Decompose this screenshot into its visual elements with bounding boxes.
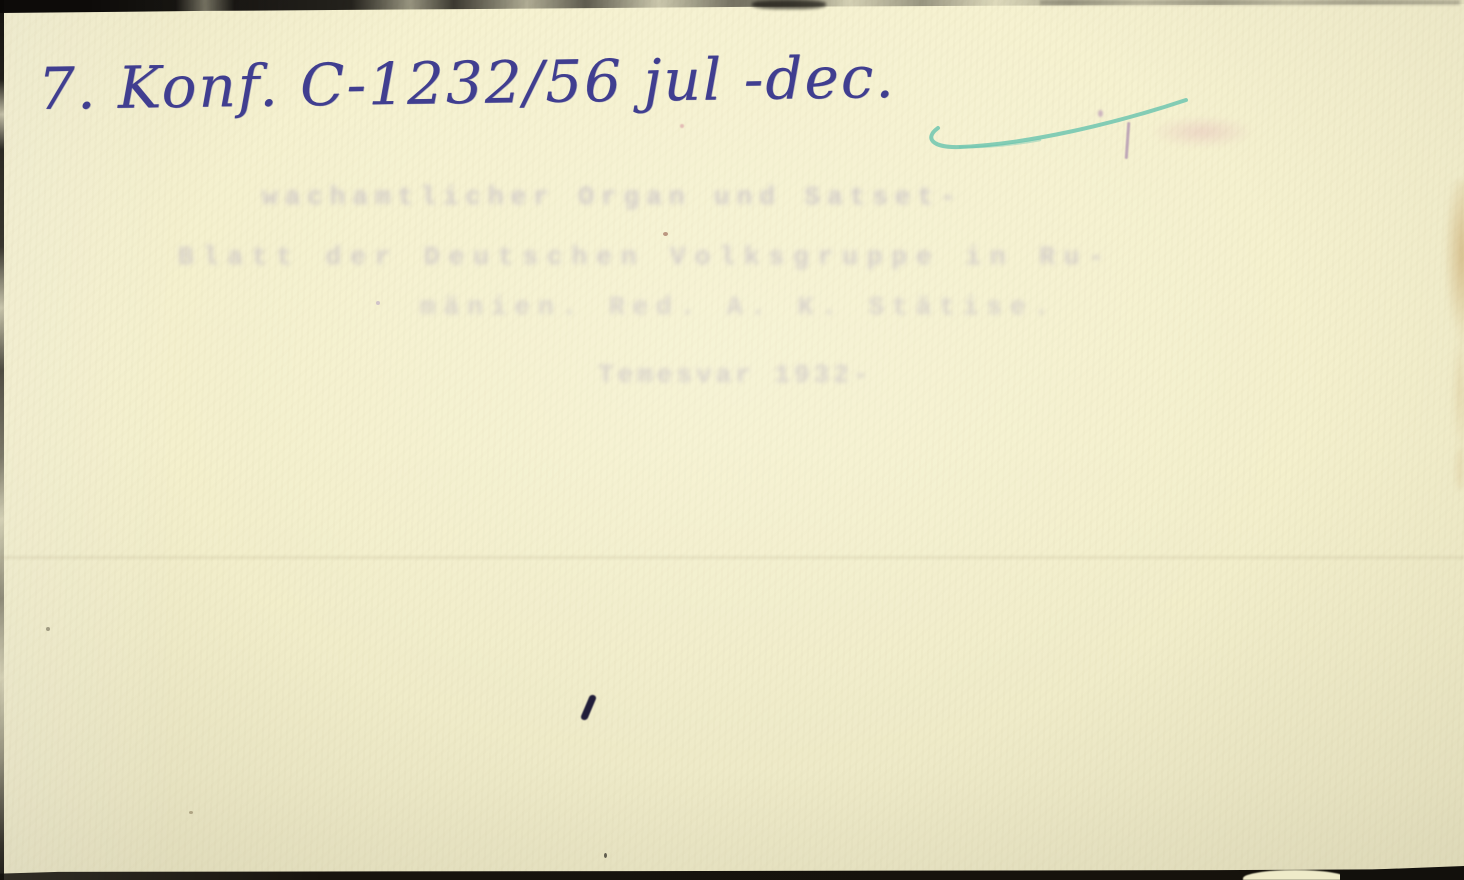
paper-speck xyxy=(189,811,193,814)
bottom-edge-notch xyxy=(1243,870,1347,880)
ink-comma-mark xyxy=(580,694,597,722)
paper-speck xyxy=(376,301,380,305)
faint-pencil-mark xyxy=(1098,110,1103,117)
faint-pencil-mark xyxy=(680,124,684,128)
scanned-card: 7. Konf. C-1232/56 jul -dec. wachamtlich… xyxy=(0,0,1464,880)
scan-edge-smudge xyxy=(752,0,826,9)
show-through-line: Blatt der Deutschen Volksgruppe in Ru- xyxy=(178,242,1113,272)
paper-speck xyxy=(663,232,668,236)
scan-edge-left xyxy=(0,0,4,880)
scan-edge-smudge xyxy=(1040,0,1460,5)
show-through-line: wachamtlicher Organ und Satset- xyxy=(262,182,963,212)
faint-pencil-smudge xyxy=(1150,116,1254,148)
show-through-line: mänien. Red. A. K. Stätise. xyxy=(420,292,1057,322)
paper-speck xyxy=(46,627,50,631)
right-edge-stain xyxy=(1452,330,1464,455)
paper-crease xyxy=(0,556,1464,559)
right-edge-stain xyxy=(1456,448,1464,490)
show-through-line: Temesvar 1932- xyxy=(598,360,872,390)
right-edge-stain xyxy=(1444,180,1464,345)
handwritten-annotation: 7. Konf. C-1232/56 jul -dec. xyxy=(38,41,1039,123)
scan-edge-bottom-right xyxy=(1340,866,1464,880)
paper-speck xyxy=(604,853,607,858)
